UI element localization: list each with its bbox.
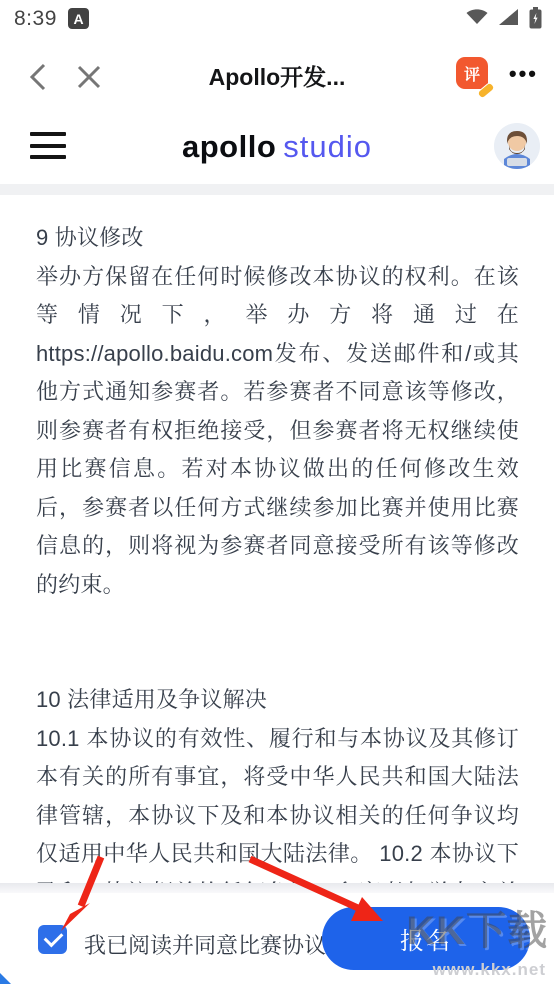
logo-studio: studio: [283, 129, 372, 164]
section9-title: 9 协议修改: [36, 219, 519, 258]
avatar-illustration: [494, 123, 540, 169]
section10-title: 10 法律适用及争议解决: [36, 681, 519, 720]
footer-bar: 我已阅读并同意比赛协议 报名 KK下载 www.kkx.net: [0, 893, 554, 984]
notification-app-icon: A: [68, 8, 89, 29]
header-divider: [0, 184, 554, 195]
user-avatar[interactable]: [494, 123, 540, 169]
more-menu-icon[interactable]: •••: [509, 65, 538, 83]
status-bar: 8:39 A: [0, 0, 554, 38]
selection-handle-mark: [0, 973, 11, 984]
review-comment-icon[interactable]: 评: [456, 57, 488, 89]
review-badge-glyph: 评: [464, 62, 480, 85]
agree-checkbox-label: 我已阅读并同意比赛协议: [84, 929, 326, 960]
checkmark-icon: [44, 928, 64, 948]
signup-button[interactable]: 报名: [322, 907, 530, 970]
footer-divider: [0, 883, 554, 893]
site-header: apollostudio: [0, 108, 554, 184]
clock: 8:39: [14, 7, 57, 31]
battery-charging-icon: [529, 7, 542, 29]
section10-body: 10.1 本协议的有效性、履行和与本协议及其修订本有关的所有事宜，将受中华人民共…: [36, 720, 519, 886]
browser-toolbar: Apollo开发... 评 •••: [0, 45, 554, 107]
phone-screen: 8:39 A Apollo开发... 评: [0, 0, 554, 984]
wifi-icon: [465, 8, 489, 28]
section9-body: 举办方保留在任何时候修改本协议的权利。在该等情况下，举办方将通过在https:/…: [36, 258, 519, 605]
agreement-text: 9 协议修改 举办方保留在任何时候修改本协议的权利。在该等情况下，举办方将通过在…: [0, 195, 554, 885]
agree-checkbox[interactable]: [38, 925, 67, 954]
cellular-signal-icon: [498, 8, 520, 28]
logo-apollo: apollo: [182, 129, 276, 164]
status-icons: [465, 7, 542, 29]
apollo-studio-logo: apollostudio: [0, 128, 554, 166]
